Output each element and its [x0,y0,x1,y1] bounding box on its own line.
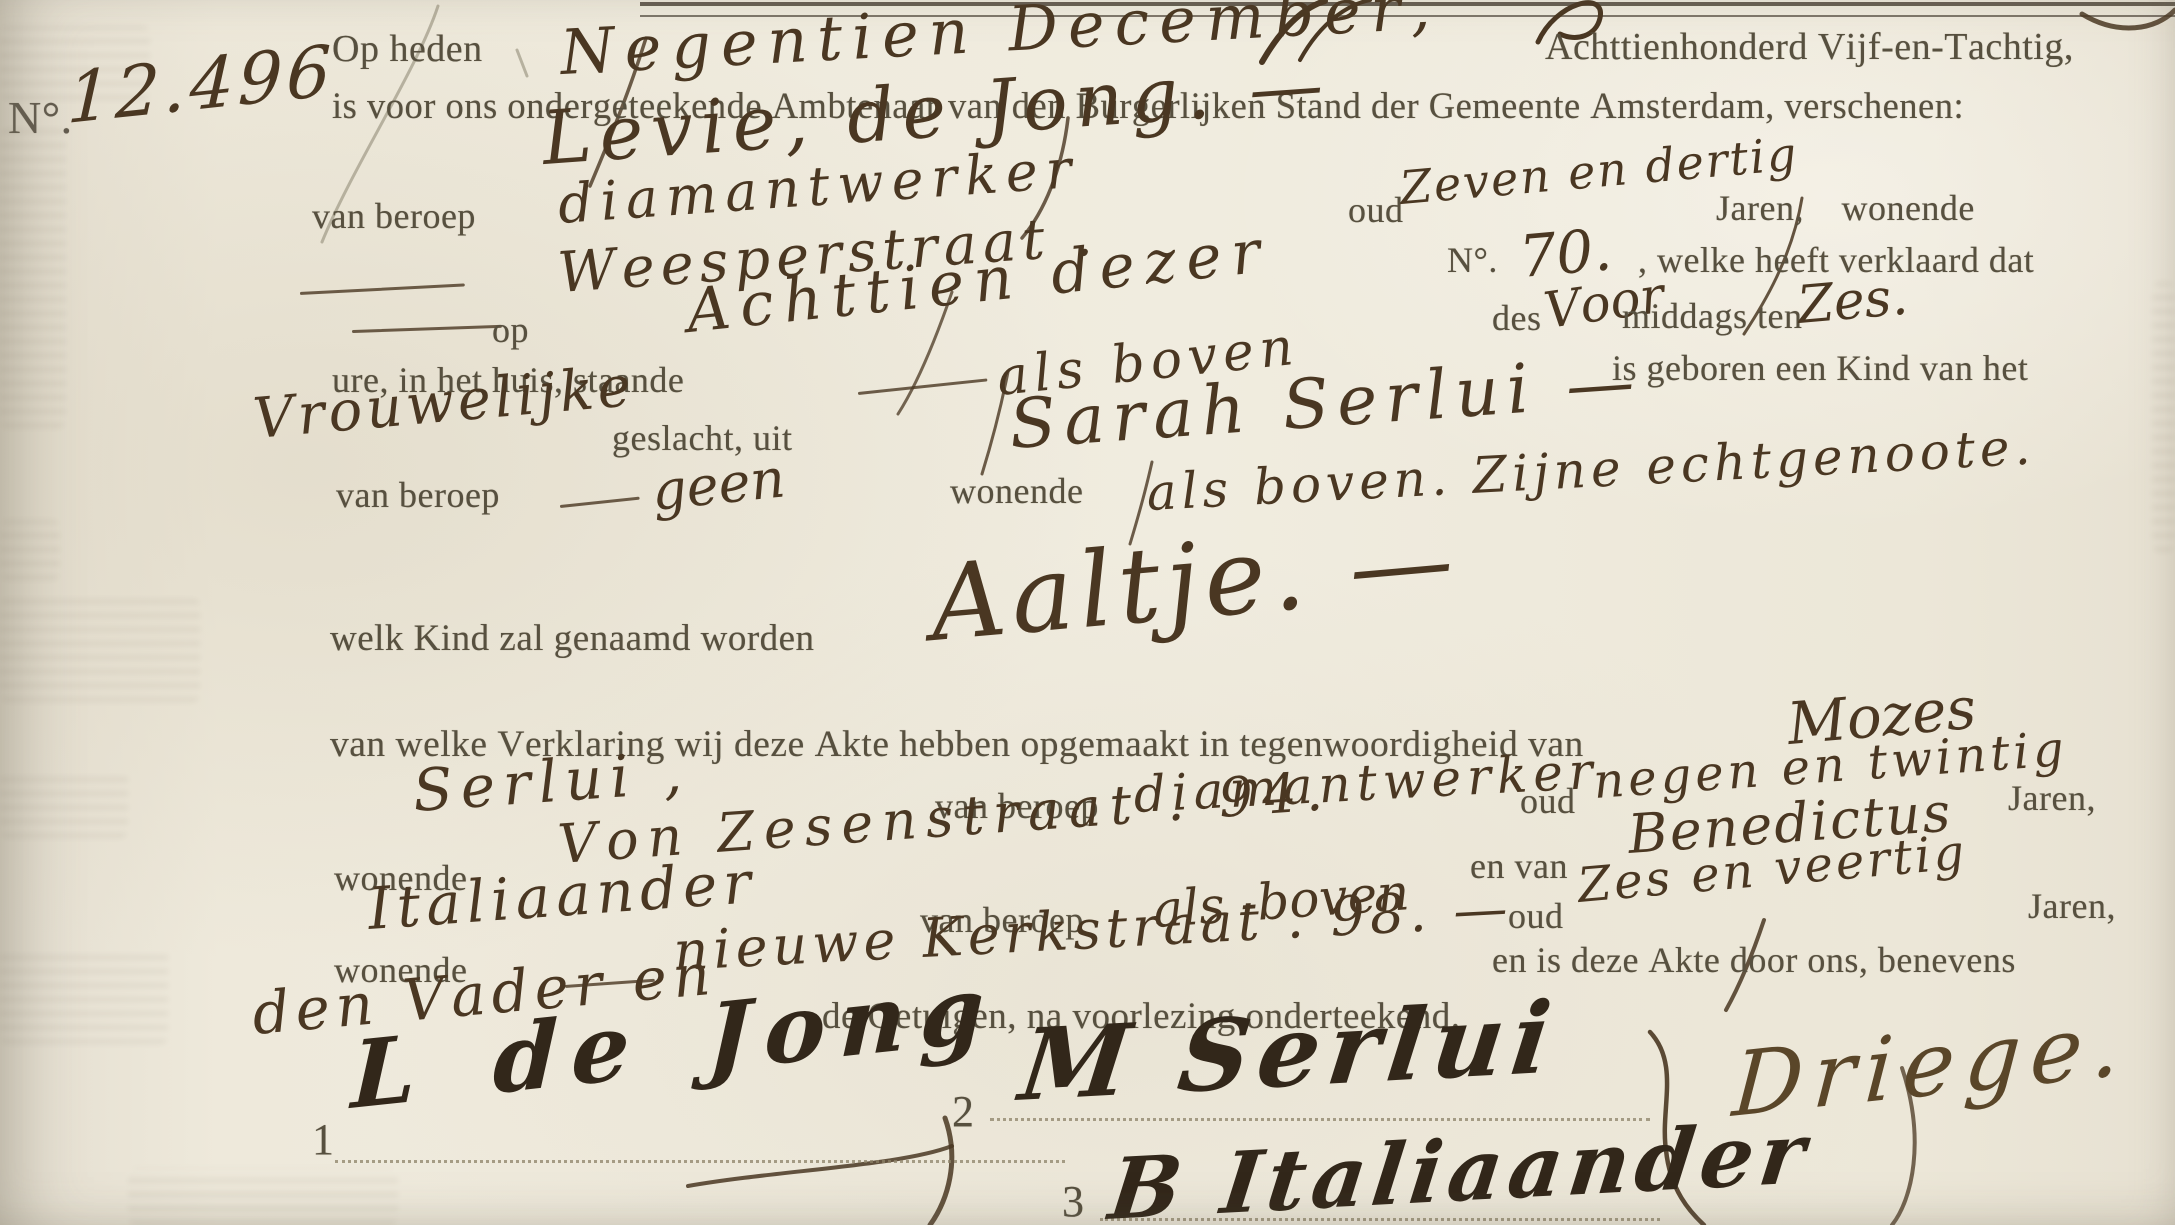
witness1-signature: M Serlui [1015,989,1563,1116]
year-printed: Achttienhonderd Vijf-en-Tachtig, [1545,28,2074,66]
witness2-oud-label: oud [1508,898,1564,934]
signature-line-1 [335,1160,1065,1163]
bleedthrough-mark [0,772,128,838]
signature-index-2: 2 [952,1090,975,1134]
op-heden-label: Op heden [332,30,483,68]
pen-dash [352,325,502,333]
bleedthrough-mark [0,128,66,428]
hour-written: Zes. [1795,271,1909,332]
geboren-label: is geboren een Kind van het [1612,350,2028,386]
akte-label: en is deze Akte door ons, benevens [1492,942,2016,978]
jaren-wonende-label: Jaren, wonende [1716,190,1975,226]
signature-index-3: 3 [1062,1180,1085,1224]
middags-ten-label: middags ten [1622,298,1802,334]
op-label: op [492,312,529,348]
wonende-label-1: wonende [950,473,1083,509]
witness2-address-written: nieuwe Kerkstraat . 98. — [672,881,1514,979]
act-number-label: N°. [8,95,73,141]
birth-certificate-scan: N°. 12.496 Op heden Negentien December, … [0,0,2175,1225]
bleedthrough-mark [0,598,200,702]
registrar-signature: Driege. [1730,999,2133,1130]
pen-dash [560,497,640,508]
des-label: des [1492,300,1542,336]
bleedthrough-mark [128,1168,398,1225]
mother-beroep-written: geen [649,451,787,519]
bleedthrough-mark [0,948,168,1044]
witness2-jaren-label: Jaren, [2028,888,2116,924]
child-name-written: Aaltje. — [926,506,1463,656]
pen-dash [300,283,465,295]
pen-dash [858,378,988,395]
bleedthrough-mark [2152,282,2175,552]
child-name-label: welk Kind zal genaamd worden [330,620,815,657]
bleedthrough-mark [0,520,60,580]
geslacht-written: Vrouwelijke [251,359,637,448]
oud-label-1: oud [1348,192,1404,228]
house-number-label: N°. [1447,242,1498,278]
van-beroep-label-2: van beroep [336,477,500,513]
witness1-jaren-label: Jaren, [2008,780,2096,816]
witness1-oud-label: oud [1520,783,1576,819]
witness2-signature: B Italiaander [1105,1111,1815,1225]
van-beroep-label-1: van beroep [312,198,476,234]
signature-index-1: 1 [312,1118,335,1162]
